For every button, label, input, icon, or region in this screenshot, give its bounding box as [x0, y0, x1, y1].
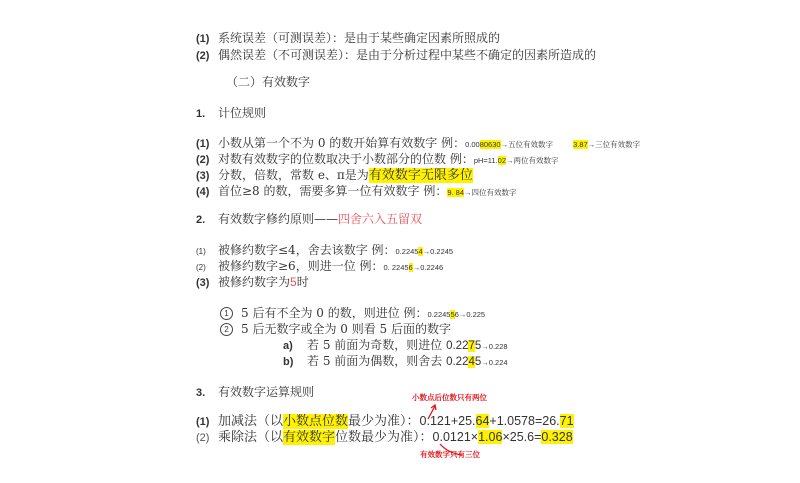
example-highlight: 80630: [480, 140, 501, 149]
example-highlight: 3.87: [573, 140, 588, 149]
heading-title: 有效数字运算规则: [218, 385, 314, 399]
circled-number-icon: 2: [220, 323, 233, 336]
sub-rule: 25 后无数字或全为 0 则看 5 后面的数字: [220, 321, 451, 337]
example-text: 0.2245: [428, 310, 451, 319]
error-type-systematic: (1)系统误差（可测误差）：是由于某些确定因素所照成的: [196, 30, 500, 47]
rule-text: 时: [297, 275, 309, 289]
list-number: (1): [196, 414, 218, 430]
error-text: 偶然误差（不可测误差）：是由于分析过程中某些不确定的因素所造成的: [218, 48, 596, 62]
error-type-random: (2)偶然误差（不可测误差）：是由于分析过程中某些不确定的因素所造成的: [196, 47, 596, 64]
rule-highlight: 有效数字无限多位: [369, 168, 473, 183]
example-text: 0.22: [446, 340, 468, 352]
equation-text: 0.0121×: [433, 430, 479, 444]
case-marker: b): [283, 354, 307, 370]
rule-text: 首位≥8 的数，需要多算一位有效数字 例：: [218, 184, 447, 198]
case-marker: a): [283, 338, 307, 354]
rule-highlight: 小数点位数: [283, 414, 348, 429]
example-text: 0.2245: [396, 247, 419, 256]
annotation-decimal-places: 小数点后位数只有两位: [412, 392, 487, 403]
rounding-rule: (3)被修约数字为5时: [196, 274, 309, 291]
list-number: (2): [196, 48, 218, 64]
rule-text: 分数，倍数，常数 e、π是为: [218, 168, 369, 182]
heading-title-red: 四舍六入五留双: [338, 212, 422, 226]
example-text: →三位有效数字: [588, 140, 641, 149]
part2-heading: 2.有效数字修约原则——四舍六入五留双: [196, 211, 422, 228]
rule-text: 5 后无数字或全为 0 则看 5 后面的数字: [241, 322, 451, 336]
example-text: →0.225: [459, 310, 485, 319]
part3-heading: 3.有效数字运算规则: [196, 384, 314, 401]
heading-number: 3.: [196, 385, 218, 401]
list-number: (2): [196, 430, 218, 446]
operation-rule: (1)加减法（以小数点位数最少为准）：0.121+25.64+1.0578=26…: [196, 413, 574, 430]
example-text: →0.2245: [423, 247, 453, 256]
equation-text: ×25.6=: [502, 430, 541, 444]
case-item: b)若 5 前面为偶数，则舍去 0.2245→0.224: [283, 353, 508, 371]
example-text: →0.228: [481, 342, 507, 351]
example-text: 0. 2245: [384, 263, 409, 272]
example-text: →五位有效数字: [501, 140, 554, 149]
example-text: →两位有效数字: [506, 156, 559, 165]
rule-text: 5 后有不全为 0 的数，则进位 例：: [241, 306, 428, 320]
rule-text: 被修约数字≥6，则进一位 例：: [218, 259, 384, 273]
circled-number-icon: 1: [220, 307, 233, 320]
equation-highlight: 0.328: [541, 430, 572, 444]
rule-text: 对数有效数字的位数取决于小数部分的位数 例：: [218, 152, 474, 166]
example-text: 0.22: [446, 356, 468, 368]
example-text: →0.224: [481, 358, 507, 367]
list-number: (4): [196, 184, 218, 200]
heading-title: 计位规则: [218, 106, 266, 120]
rule-text: 位数最少为准）：: [335, 430, 433, 445]
rule-highlight: 有效数字: [283, 430, 335, 445]
part1-heading: 1.计位规则: [196, 105, 266, 122]
rule-text: 被修约数字为: [218, 275, 290, 289]
list-number: (1): [196, 31, 218, 47]
error-text: 系统误差（可测误差）：是由于某些确定因素所照成的: [218, 31, 500, 45]
equation-text: 0.121+25.: [420, 414, 476, 428]
section-title: （二）有效数字: [226, 74, 310, 90]
heading-title: 有效数字修约原则——: [218, 212, 338, 226]
rule-text: 若 5 前面为奇数，则进位: [307, 338, 446, 352]
list-number: (2): [196, 152, 218, 168]
equation-highlight: 71: [560, 414, 574, 428]
list-number: (3): [196, 275, 218, 291]
rule-text: 小数从第一个不为 0 的数开始算有效数字 例：: [218, 136, 465, 150]
heading-number: 1.: [196, 106, 218, 122]
equation-highlight: 1.06: [478, 430, 502, 444]
heading-number: 2.: [196, 212, 218, 228]
operation-rule: (2)乘除法（以有效数字位数最少为准）：0.0121×1.06×25.6=0.3…: [196, 429, 573, 446]
list-number: (1): [196, 136, 218, 152]
annotation-significant-figures: 有效数字只有三位: [420, 449, 480, 460]
example-highlight: 9. 84: [447, 188, 464, 197]
rule-text-red: 5: [290, 275, 297, 289]
example-text: 0.00: [465, 140, 480, 149]
equation-text: +1.0578=26.: [489, 414, 559, 428]
example-text: →0.2246: [413, 263, 443, 272]
rule-text: 若 5 前面为偶数，则舍去: [307, 354, 446, 368]
rule-item: (4)首位≥8 的数，需要多算一位有效数字 例：9. 84→四位有效数字: [196, 183, 517, 201]
example-text: pH=11.: [474, 156, 498, 165]
rule-item: (3)分数，倍数，常数 e、π是为有效数字无限多位: [196, 167, 473, 184]
rule-text: 最少为准）：: [348, 414, 420, 429]
example-text: →四位有效数字: [464, 188, 517, 197]
rule-text: 乘除法（以: [218, 430, 283, 445]
equation-highlight: 64: [476, 414, 490, 428]
list-number: (3): [196, 168, 218, 184]
rule-text: 被修约数字≤4，舍去该数字 例：: [218, 243, 396, 257]
rule-text: 加减法（以: [218, 414, 283, 429]
example-highlight: 02: [498, 156, 506, 165]
